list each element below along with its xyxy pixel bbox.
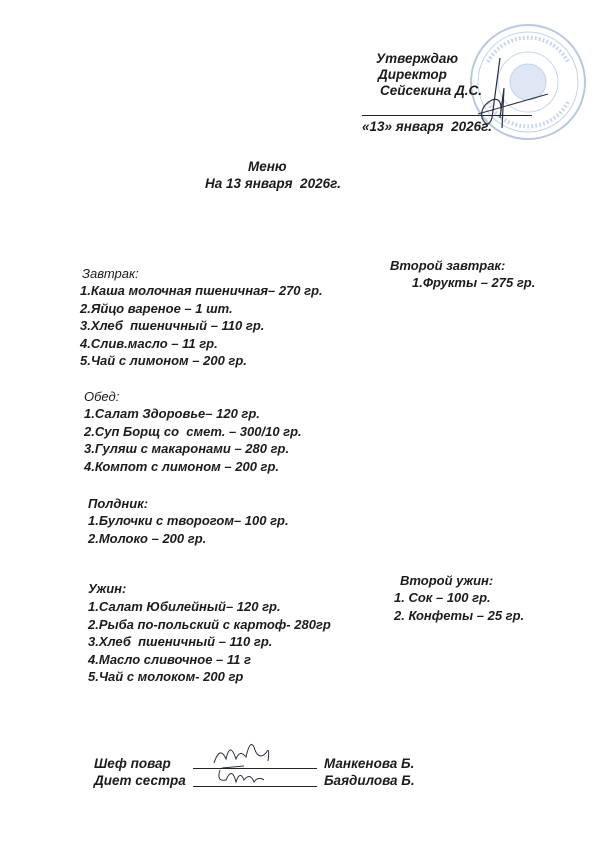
section-heading: Второй завтрак: bbox=[390, 257, 505, 275]
breakfast-list: 1.Каша молочная пшеничная– 270 гр. 2.Яйц… bbox=[80, 282, 323, 370]
section-breakfast: Завтрак: bbox=[82, 265, 139, 283]
menu-item: 1. Сок – 100 гр. bbox=[394, 589, 524, 607]
menu-item: 2. Конфеты – 25 гр. bbox=[394, 607, 524, 625]
menu-item: 2.Яйцо вареное – 1 шт. bbox=[80, 300, 323, 318]
menu-item: 4.Компот с лимоном – 200 гр. bbox=[84, 458, 302, 476]
section-heading: Ужин: bbox=[88, 580, 126, 598]
section-second-breakfast: Второй завтрак: bbox=[390, 257, 505, 275]
menu-item: 1.Салат Юбилейный– 120 гр. bbox=[88, 598, 331, 616]
chef-name: Манкенова Б. bbox=[324, 755, 414, 772]
approval-name: Сейсекина Д.С. bbox=[380, 82, 482, 99]
section-second-dinner: Второй ужин: bbox=[400, 572, 493, 590]
lunch-list: 1.Салат Здоровье– 120 гр. 2.Суп Борщ со … bbox=[84, 405, 302, 475]
director-signature-icon bbox=[470, 48, 550, 138]
chef-role: Шеф повар bbox=[94, 755, 171, 772]
approval-position: Директор bbox=[378, 66, 447, 83]
snack-list: 1.Булочки с творогом– 100 гр. 2.Молоко –… bbox=[88, 512, 289, 547]
section-lunch: Обед: bbox=[84, 388, 119, 406]
dinner-list: 1.Салат Юбилейный– 120 гр. 2.Рыба по-пол… bbox=[88, 598, 331, 686]
menu-item: 5.Чай с молоком- 200 гр bbox=[88, 668, 331, 686]
menu-item: 1.Фрукты – 275 гр. bbox=[412, 274, 535, 292]
menu-item: 2.Молоко – 200 гр. bbox=[88, 530, 289, 548]
menu-item: 1.Салат Здоровье– 120 гр. bbox=[84, 405, 302, 423]
menu-item: 1.Булочки с творогом– 100 гр. bbox=[88, 512, 289, 530]
approval-label: Утверждаю bbox=[376, 50, 458, 67]
menu-title: Меню bbox=[248, 158, 287, 175]
nurse-role: Диет сестра bbox=[94, 772, 186, 789]
section-heading: Завтрак: bbox=[82, 265, 139, 283]
menu-item: 2.Рыба по-польский с картоф- 280гр bbox=[88, 616, 331, 634]
menu-item: 4.Слив.масло – 11 гр. bbox=[80, 335, 323, 353]
menu-item: 4.Масло сливочное – 11 г bbox=[88, 651, 331, 669]
menu-item: 3.Хлеб пшеничный – 110 гр. bbox=[88, 633, 331, 651]
section-snack: Полдник: bbox=[88, 495, 148, 513]
section-heading: Второй ужин: bbox=[400, 572, 493, 590]
section-heading: Полдник: bbox=[88, 495, 148, 513]
menu-item: 5.Чай с лимоном – 200 гр. bbox=[80, 352, 323, 370]
second-dinner-list: 1. Сок – 100 гр. 2. Конфеты – 25 гр. bbox=[394, 589, 524, 624]
section-heading: Обед: bbox=[84, 388, 119, 406]
nurse-name: Баядилова Б. bbox=[324, 772, 415, 789]
menu-item: 3.Хлеб пшеничный – 110 гр. bbox=[80, 317, 323, 335]
menu-item: 2.Суп Борщ со смет. – 300/10 гр. bbox=[84, 423, 302, 441]
menu-date: На 13 января 2026г. bbox=[205, 175, 341, 192]
menu-item: 1.Каша молочная пшеничная– 270 гр. bbox=[80, 282, 323, 300]
menu-item: 3.Гуляш с макаронами – 280 гр. bbox=[84, 440, 302, 458]
second-breakfast-list: 1.Фрукты – 275 гр. bbox=[412, 274, 535, 292]
nurse-signature-icon bbox=[214, 762, 274, 788]
section-dinner: Ужин: bbox=[88, 580, 126, 598]
